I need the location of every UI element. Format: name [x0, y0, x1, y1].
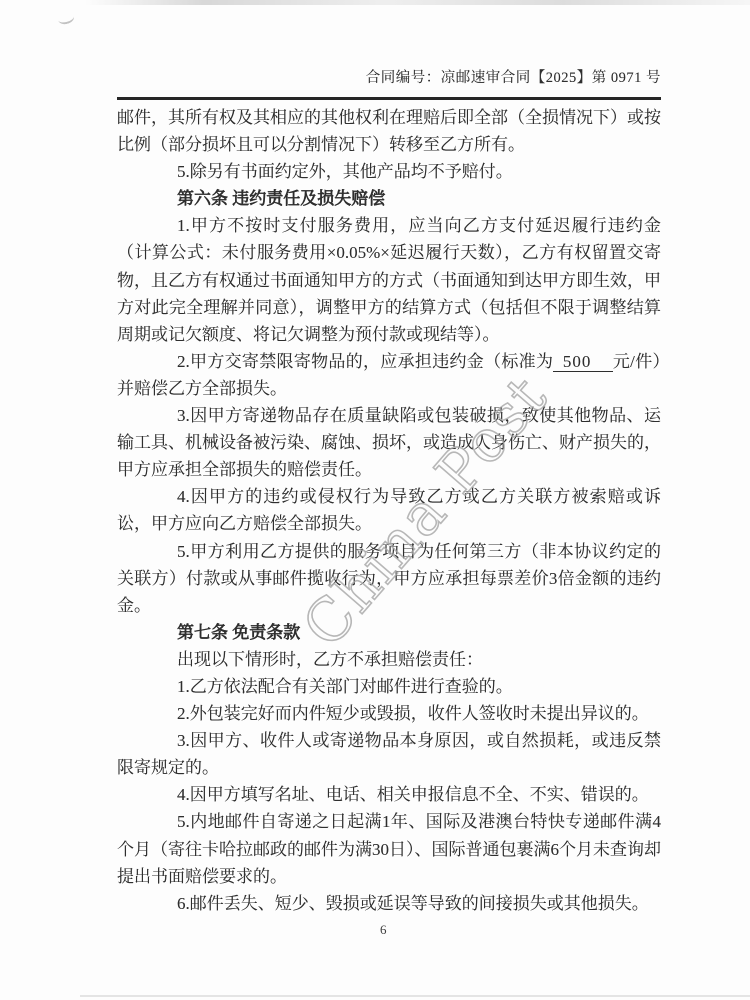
- contract-paragraph: 5.甲方利用乙方提供的服务项目为任何第三方（非本协议约定的关联方）付款或从事邮件…: [117, 538, 661, 619]
- paragraph-text: 出现以下情形时，乙方不承担赔偿责任：: [177, 650, 483, 669]
- paragraph-text: 第六条 违约责任及损失赔偿: [177, 189, 385, 208]
- paragraph-text: 4.因甲方填写名址、电话、相关申报信息不全、不实、错误的。: [177, 785, 649, 804]
- scanned-contract-page: 合同编号：凉邮速审合同【2025】第 0971 号 邮件，其所有权及其相应的其他…: [0, 0, 750, 1000]
- contract-paragraph: 5.除另有书面约定外，其他产品均不予赔付。: [117, 158, 661, 185]
- header-divider-line: [117, 97, 661, 100]
- paragraph-text: 2.甲方交寄禁限寄物品的，应承担违约金（标准为: [177, 352, 553, 371]
- paragraph-text: 第七条 免责条款: [177, 623, 300, 642]
- paragraph-text: 邮件，其所有权及其相应的其他权利在理赔后即全部（全损情况下）或按比例（部分损坏且…: [117, 108, 661, 154]
- paragraph-text: 3.因甲方寄递物品存在质量缺陷或包装破损，致使其他物品、运输工具、机械设备被污染…: [117, 406, 661, 479]
- paragraph-text: 1.乙方依法配合有关部门对邮件进行查验的。: [177, 677, 513, 696]
- paragraph-text: 5.甲方利用乙方提供的服务项目为任何第三方（非本协议约定的关联方）付款或从事邮件…: [117, 542, 661, 615]
- contract-paragraph: 出现以下情形时，乙方不承担赔偿责任：: [117, 646, 661, 673]
- contract-number: 合同编号：凉邮速审合同【2025】第 0971 号: [366, 70, 661, 86]
- contract-paragraph: 2.甲方交寄禁限寄物品的，应承担违约金（标准为 500 元/件）并赔偿乙方全部损…: [117, 348, 661, 402]
- paragraph-text: 1.甲方不按时支付服务费用，应当向乙方支付延迟履行违约金（计算公式：未付服务费用…: [117, 216, 661, 343]
- contract-header: 合同编号：凉邮速审合同【2025】第 0971 号: [117, 66, 661, 87]
- filled-blank-value: 500: [553, 352, 613, 372]
- page-number: 6: [380, 922, 387, 938]
- paragraph-text: 4.因甲方的违约或侵权行为导致乙方或乙方关联方被索赔或诉讼，甲方应向乙方赔偿全部…: [117, 487, 661, 533]
- section-heading: 第六条 违约责任及损失赔偿: [117, 185, 661, 212]
- scan-artifact-bottom-edge: [80, 995, 750, 997]
- section-heading: 第七条 免责条款: [117, 619, 661, 646]
- scan-artifact-smudge: [57, 11, 75, 26]
- contract-paragraph: 邮件，其所有权及其相应的其他权利在理赔后即全部（全损情况下）或按比例（部分损坏且…: [117, 104, 661, 158]
- paragraph-text: 6.邮件丢失、短少、毁损或延误等导致的间接损失或其他损失。: [177, 894, 649, 913]
- contract-paragraph: 3.因甲方、收件人或寄递物品本身原因，或自然损耗，或违反禁限寄规定的。: [117, 727, 661, 781]
- contract-paragraph: 6.邮件丢失、短少、毁损或延误等导致的间接损失或其他损失。: [117, 890, 661, 917]
- paragraph-text: 5.除另有书面约定外，其他产品均不予赔付。: [177, 162, 513, 181]
- contract-paragraph: 1.甲方不按时支付服务费用，应当向乙方支付延迟履行违约金（计算公式：未付服务费用…: [117, 212, 661, 347]
- contract-paragraph: 2.外包装完好而内件短少或毁损，收件人签收时未提出异议的。: [117, 700, 661, 727]
- paragraph-text: 2.外包装完好而内件短少或毁损，收件人签收时未提出异议的。: [177, 704, 649, 723]
- paragraph-text: 3.因甲方、收件人或寄递物品本身原因，或自然损耗，或违反禁限寄规定的。: [117, 731, 661, 777]
- contract-paragraph: 4.因甲方填写名址、电话、相关申报信息不全、不实、错误的。: [117, 781, 661, 808]
- contract-paragraph: 4.因甲方的违约或侵权行为导致乙方或乙方关联方被索赔或诉讼，甲方应向乙方赔偿全部…: [117, 483, 661, 537]
- contract-paragraph: 1.乙方依法配合有关部门对邮件进行查验的。: [117, 673, 661, 700]
- contract-paragraph: 3.因甲方寄递物品存在质量缺陷或包装破损，致使其他物品、运输工具、机械设备被污染…: [117, 402, 661, 483]
- scan-artifact-top-edge: [85, 0, 750, 5]
- paragraph-text: 5.内地邮件自寄递之日起满1年、国际及港澳台特快专递邮件满4个月（寄往卡哈拉邮政…: [117, 812, 661, 885]
- contract-body: 邮件，其所有权及其相应的其他权利在理赔后即全部（全损情况下）或按比例（部分损坏且…: [117, 104, 661, 917]
- contract-paragraph: 5.内地邮件自寄递之日起满1年、国际及港澳台特快专递邮件满4个月（寄往卡哈拉邮政…: [117, 808, 661, 889]
